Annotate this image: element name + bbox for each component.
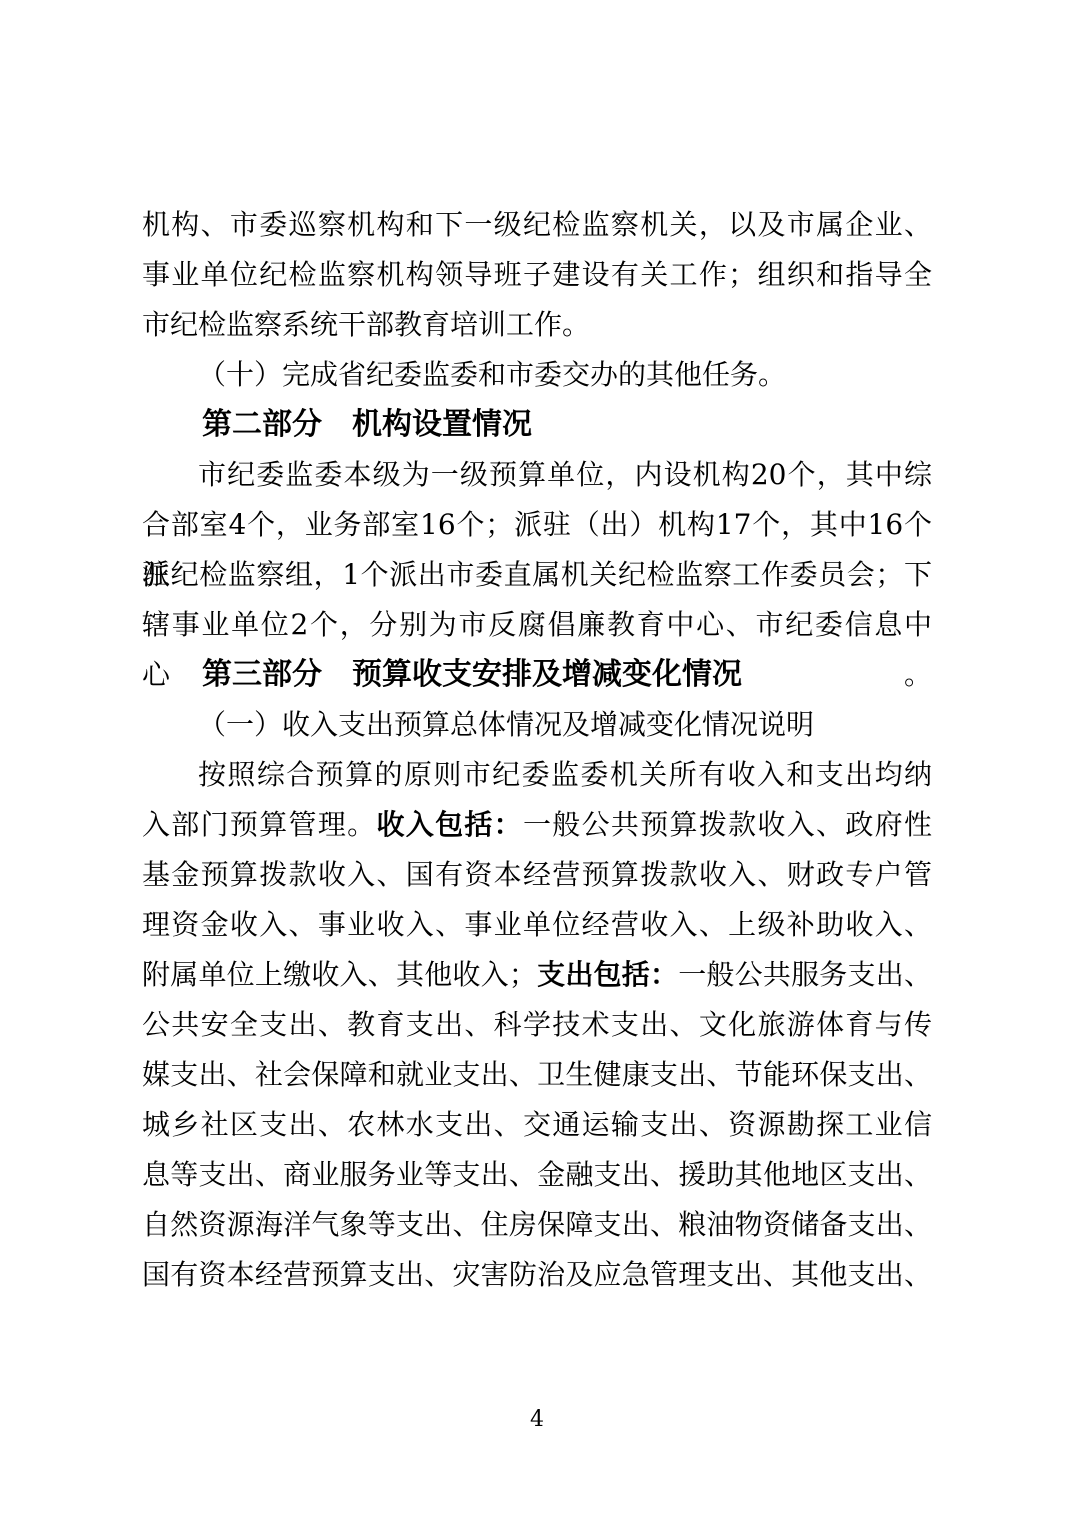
body-line: 城乡社区支出、农林水支出、交通运输支出、资源勘探工业信	[142, 1100, 932, 1150]
section-heading-part2: 第二部分 机构设置情况	[142, 400, 932, 450]
document-page: 机构、市委巡察机构和下一级纪检监察机关，以及市属企业、 事业单位纪检监察机构领导…	[0, 0, 1074, 1520]
body-text: 入部门预算管理。	[142, 808, 376, 841]
body-line: 驻纪检监察组，1个派出市委直属机关纪检监察工作委员会；下	[142, 550, 932, 600]
body-line: 市纪委监委本级为一级预算单位，内设机构20个，其中综	[142, 450, 932, 500]
body-text: 一般公共服务支出、	[678, 958, 932, 991]
page-content: 机构、市委巡察机构和下一级纪检监察机关，以及市属企业、 事业单位纪检监察机构领导…	[142, 200, 932, 1300]
body-line: （十）完成省纪委监委和市委交办的其他任务。	[142, 350, 932, 400]
bold-run-income: 收入包括：	[376, 808, 523, 841]
body-text: 附属单位上缴收入、其他收入；	[142, 958, 537, 991]
bold-run-expense: 支出包括：	[537, 958, 678, 991]
body-line: 自然资源海洋气象等支出、住房保障支出、粮油物资储备支出、	[142, 1200, 932, 1250]
body-line: 公共安全支出、教育支出、科学技术支出、文化旅游体育与传	[142, 1000, 932, 1050]
body-line-mixed: 入部门预算管理。收入包括：一般公共预算拨款收入、政府性	[142, 800, 932, 850]
body-line: 媒支出、社会保障和就业支出、卫生健康支出、节能环保支出、	[142, 1050, 932, 1100]
body-line: （一）收入支出预算总体情况及增减变化情况说明	[142, 700, 932, 750]
body-line: 理资金收入、事业收入、事业单位经营收入、上级补助收入、	[142, 900, 932, 950]
body-line: 合部室4个，业务部室16个；派驻（出）机构17个，其中16个派	[142, 500, 932, 550]
body-line: 按照综合预算的原则市纪委监委机关所有收入和支出均纳	[142, 750, 932, 800]
body-line: 辖事业单位2个，分别为市反腐倡廉教育中心、市纪委信息中心。	[142, 600, 932, 650]
body-line: 事业单位纪检监察机构领导班子建设有关工作；组织和指导全	[142, 250, 932, 300]
body-line: 息等支出、商业服务业等支出、金融支出、援助其他地区支出、	[142, 1150, 932, 1200]
body-line: 市纪检监察系统干部教育培训工作。	[142, 300, 932, 350]
body-line-mixed: 附属单位上缴收入、其他收入；支出包括：一般公共服务支出、	[142, 950, 932, 1000]
body-text: 一般公共预算拨款收入、政府性	[523, 808, 932, 841]
page-number: 4	[0, 1403, 1074, 1437]
body-line: 国有资本经营预算支出、灾害防治及应急管理支出、其他支出、	[142, 1250, 932, 1300]
body-line: 机构、市委巡察机构和下一级纪检监察机关，以及市属企业、	[142, 200, 932, 250]
body-line: 基金预算拨款收入、国有资本经营预算拨款收入、财政专户管	[142, 850, 932, 900]
